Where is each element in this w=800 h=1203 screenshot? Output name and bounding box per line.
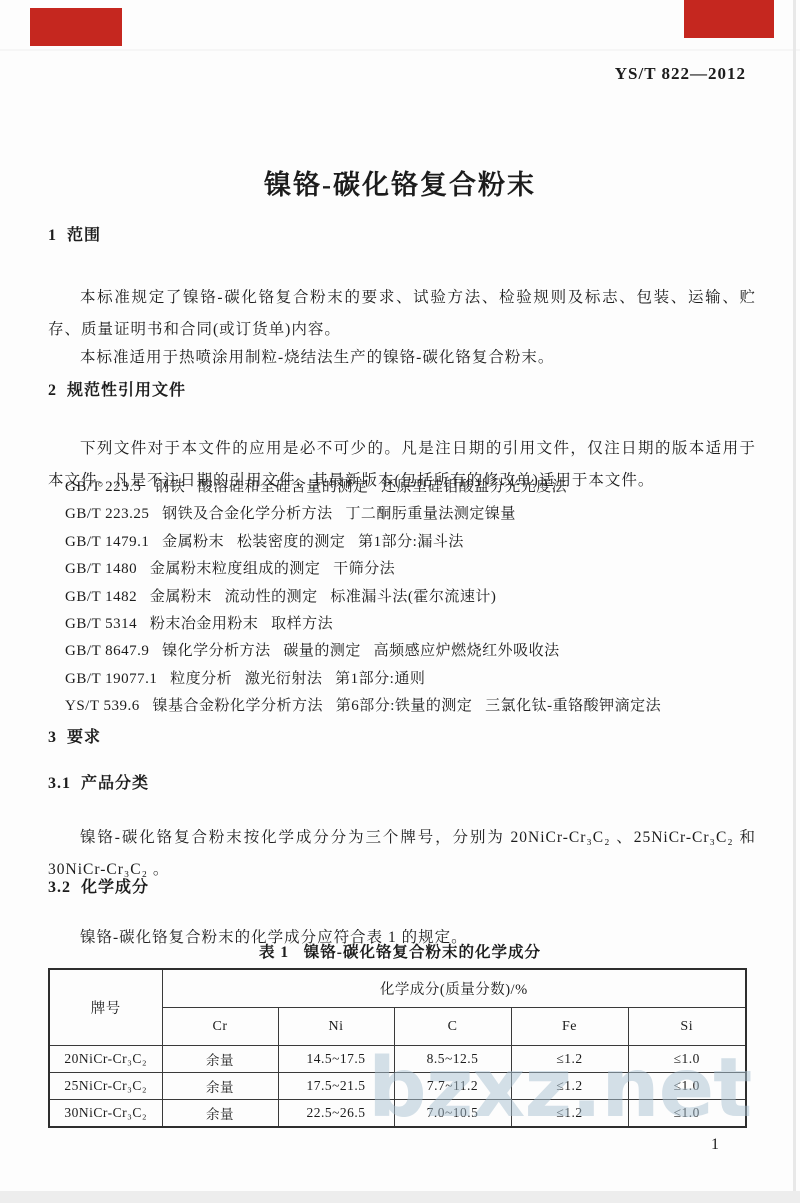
reference-item: YS/T 539.6 镍基合金粉化学分析方法 第6部分:铁量的测定 三氯化钛-重… (65, 693, 760, 720)
reference-item: GB/T 1480 金属粉末粒度组成的测定 干筛分法 (65, 556, 760, 583)
section-3-2-heading: 3.2 化学成分 (48, 874, 149, 897)
table-1-caption: 表 1 镍铬-碳化铬复合粉末的化学成分 (0, 940, 800, 962)
document-page: YS/T 822—2012 镍铬-碳化铬复合粉末 1 范围 本标准规定了镍铬-碳… (0, 0, 800, 1203)
cr-cell: 余量 (162, 1046, 278, 1073)
section-2-heading: 2 规范性引用文件 (48, 377, 186, 400)
red-stamp-top-right (684, 0, 774, 38)
doc-number: YS/T 822—2012 (615, 64, 746, 84)
product-classification-paragraph: 镍铬-碳化铬复合粉末按化学成分分为三个牌号，分别为 20NiCr-Cr₃C₂ 、… (48, 822, 756, 886)
page-number: 1 (700, 1136, 730, 1154)
scope-paragraph-1: 本标准规定了镍铬-碳化铬复合粉末的要求、试验方法、检验规则及标志、包装、运输、贮… (48, 282, 756, 346)
reference-item: GB/T 8647.9 镍化学分析方法 碳量的测定 高频感应炉燃烧红外吸收法 (65, 638, 760, 665)
table-subheader-ni: Ni (278, 1008, 394, 1046)
site-watermark: bzxz.net (368, 1048, 751, 1130)
section-1-heading: 1 范围 (48, 222, 101, 245)
grade-cell: 25NiCr-Cr₃C₂ (49, 1073, 162, 1100)
table-subheader-cr: Cr (162, 1008, 278, 1046)
table-subheader-c: C (394, 1008, 511, 1046)
table-header-grade: 牌号 (49, 969, 162, 1046)
reference-item: GB/T 19077.1 粒度分析 激光衍射法 第1部分:通则 (65, 666, 760, 693)
section-3-heading: 3 要求 (48, 724, 101, 747)
reference-item: GB/T 223.5 钢铁 酸溶硅和全硅含量的测定 还原型硅钼酸盐分光光度法 (65, 474, 760, 501)
section-3-1-heading: 3.1 产品分类 (48, 770, 149, 793)
scan-artifact-bottom-edge (0, 1191, 800, 1203)
document-title: 镍铬-碳化铬复合粉末 (0, 163, 800, 202)
references-list: GB/T 223.5 钢铁 酸溶硅和全硅含量的测定 还原型硅钼酸盐分光光度法 G… (65, 474, 760, 721)
table-header-composition-group: 化学成分(质量分数)/% (162, 969, 746, 1008)
scope-paragraph-2: 本标准适用于热喷涂用制粒-烧结法生产的镍铬-碳化铬复合粉末。 (48, 342, 756, 374)
reference-item: GB/T 1479.1 金属粉末 松装密度的测定 第1部分:漏斗法 (65, 529, 760, 556)
cr-cell: 余量 (162, 1073, 278, 1100)
table-subheader-fe: Fe (511, 1008, 628, 1046)
reference-item: GB/T 1482 金属粉末 流动性的测定 标准漏斗法(霍尔流速计) (65, 584, 760, 611)
grade-cell: 20NiCr-Cr₃C₂ (49, 1046, 162, 1073)
red-stamp-top-left (30, 8, 122, 46)
reference-item: GB/T 223.25 钢铁及合金化学分析方法 丁二酮肟重量法测定镍量 (65, 501, 760, 528)
grade-cell: 30NiCr-Cr₃C₂ (49, 1100, 162, 1128)
cr-cell: 余量 (162, 1100, 278, 1128)
table-subheader-si: Si (628, 1008, 746, 1046)
reference-item: GB/T 5314 粉末冶金用粉末 取样方法 (65, 611, 760, 638)
scan-artifact-top-line (0, 49, 800, 51)
